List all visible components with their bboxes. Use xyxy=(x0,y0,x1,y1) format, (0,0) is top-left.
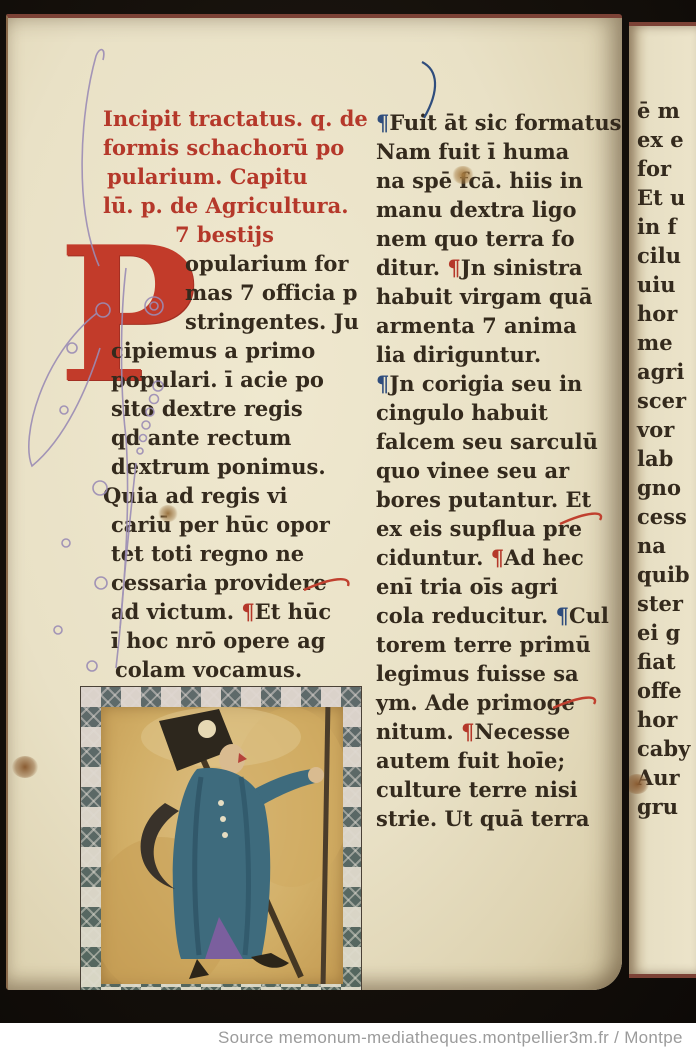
manuscript-text-line: cipiemus a primo xyxy=(103,336,359,365)
manuscript-text-line: ē m xyxy=(637,96,690,125)
manuscript-text-line: pularium. Capitu xyxy=(103,162,368,191)
hand xyxy=(308,767,324,783)
manuscript-text-line: quo vinee seu ar xyxy=(376,456,622,485)
manuscript-text-line: ¶Jn corigia seu in xyxy=(376,369,622,398)
manuscript-text-line: qd ante rectum xyxy=(103,423,359,452)
miniature-scene xyxy=(101,707,343,984)
manuscript-text-line: sito dextre regis xyxy=(103,394,359,423)
manuscript-text-line: Quia ad regis vi xyxy=(103,481,359,510)
codex-photo: Incipit tractatus. q. deformis schachorū… xyxy=(0,0,696,1023)
manuscript-text-line: strie. Ut quā terra xyxy=(376,804,622,833)
screenshot: Incipit tractatus. q. deformis schachorū… xyxy=(0,0,696,1054)
manuscript-text-line: bores putantur. Et xyxy=(376,485,622,514)
manuscript-text-line: me xyxy=(637,328,690,357)
manuscript-text-line: lab xyxy=(637,444,690,473)
manuscript-text-line: enī tria oīs agri xyxy=(376,572,622,601)
source-caption-text: Source memonum-mediatheques.montpellier3… xyxy=(218,1023,683,1053)
manuscript-text-line: nem quo terra fo xyxy=(376,224,622,253)
manuscript-text-line: formis schachorū po xyxy=(103,133,368,162)
manuscript-text-line: cola reducitur. ¶Cul xyxy=(376,601,622,630)
manuscript-text-line: vor xyxy=(637,415,690,444)
manuscript-text-line: manu dextra ligo xyxy=(376,195,622,224)
parchment-stain xyxy=(12,756,38,778)
manuscript-text-line: ¶Fuit āt sic formatus. xyxy=(376,108,622,137)
manuscript-text-line: gru xyxy=(637,792,690,821)
manuscript-text-line: offe xyxy=(637,676,690,705)
manuscript-text-line: autem fuit hoīe; xyxy=(376,746,622,775)
manuscript-text-line: colam vocamus. xyxy=(103,655,359,684)
manuscript-text-line: fiat xyxy=(637,647,690,676)
manuscript-text-line: ex eis supflua pre xyxy=(376,514,622,543)
manuscript-text-line: cess xyxy=(637,502,690,531)
manuscript-text-line: ad victum. ¶Et hūc xyxy=(103,597,359,626)
facing-page-edge: ē mex eforEt uin fciluuiuhormeagriscervo… xyxy=(629,22,696,978)
manuscript-text-line: ex e xyxy=(637,125,690,154)
manuscript-text-line: Et u xyxy=(637,183,690,212)
manuscript-text-line: hor xyxy=(637,299,690,328)
manuscript-text-line: in f xyxy=(637,212,690,241)
manuscript-text-line: Incipit tractatus. q. de xyxy=(103,104,368,133)
manuscript-text-line: cingulo habuit xyxy=(376,398,622,427)
manuscript-text-line: torem terre primū xyxy=(376,630,622,659)
manuscript-text-line: populari. ī acie po xyxy=(103,365,359,394)
manuscript-text-line: mas 7 officia p xyxy=(103,278,359,307)
manuscript-text-line: quib xyxy=(637,560,690,589)
manuscript-page: Incipit tractatus. q. deformis schachorū… xyxy=(6,14,622,990)
manuscript-text-line: habuit virgam quā xyxy=(376,282,622,311)
left-text-column: opularium formas 7 officia pstringentes.… xyxy=(103,249,359,684)
manuscript-text-line: ditur. ¶Jn sinistra xyxy=(376,253,622,282)
manuscript-text-line: Nam fuit ī huma xyxy=(376,137,622,166)
manuscript-text-line: falcem seu sarculū xyxy=(376,427,622,456)
manuscript-text-line: legimus fuisse sa xyxy=(376,659,622,688)
manuscript-text-line: na xyxy=(637,531,690,560)
manuscript-text-line: ei g xyxy=(637,618,690,647)
manuscript-text-line: ym. Ade primoge xyxy=(376,688,622,717)
right-text-column: ¶Fuit āt sic formatus.Nam fuit ī humana … xyxy=(376,108,622,833)
manuscript-text-line: na spē fcā. hiis in xyxy=(376,166,622,195)
facing-page-text: ē mex eforEt uin fciluuiuhormeagriscervo… xyxy=(637,96,690,821)
manuscript-text-line: gno xyxy=(637,473,690,502)
manuscript-text-line: ī hoc nrō opere ag xyxy=(103,626,359,655)
manuscript-text-line: opularium for xyxy=(103,249,359,278)
manuscript-text-line: cilu xyxy=(637,241,690,270)
manuscript-text-line: tet toti regno ne xyxy=(103,539,359,568)
manuscript-text-line: culture terre nisi xyxy=(376,775,622,804)
manuscript-text-line: for xyxy=(637,154,690,183)
manuscript-text-line: nitum. ¶Necesse xyxy=(376,717,622,746)
manuscript-text-line: ciduntur. ¶Ad hec xyxy=(376,543,622,572)
manuscript-text-line: hor xyxy=(637,705,690,734)
source-caption-bar: Source memonum-mediatheques.montpellier3… xyxy=(0,1023,696,1054)
manuscript-text-line: stringentes. Ju xyxy=(103,307,359,336)
manuscript-text-line: dextrum ponimus. xyxy=(103,452,359,481)
manuscript-text-line: caby xyxy=(637,734,690,763)
manuscript-text-line: scer xyxy=(637,386,690,415)
miniature-peasant xyxy=(80,686,362,990)
manuscript-text-line: ster xyxy=(637,589,690,618)
manuscript-text-line: uiu xyxy=(637,270,690,299)
peasant-figure-illustration xyxy=(101,707,343,984)
manuscript-text-line: armenta 7 anima xyxy=(376,311,622,340)
manuscript-text-line: cessaria providere xyxy=(103,568,359,597)
manuscript-text-line: lia diriguntur. xyxy=(376,340,622,369)
manuscript-text-line: agri xyxy=(637,357,690,386)
manuscript-text-line: cariū per hūc opor xyxy=(103,510,359,539)
parchment-stain xyxy=(452,166,474,184)
parchment-stain xyxy=(158,505,178,522)
